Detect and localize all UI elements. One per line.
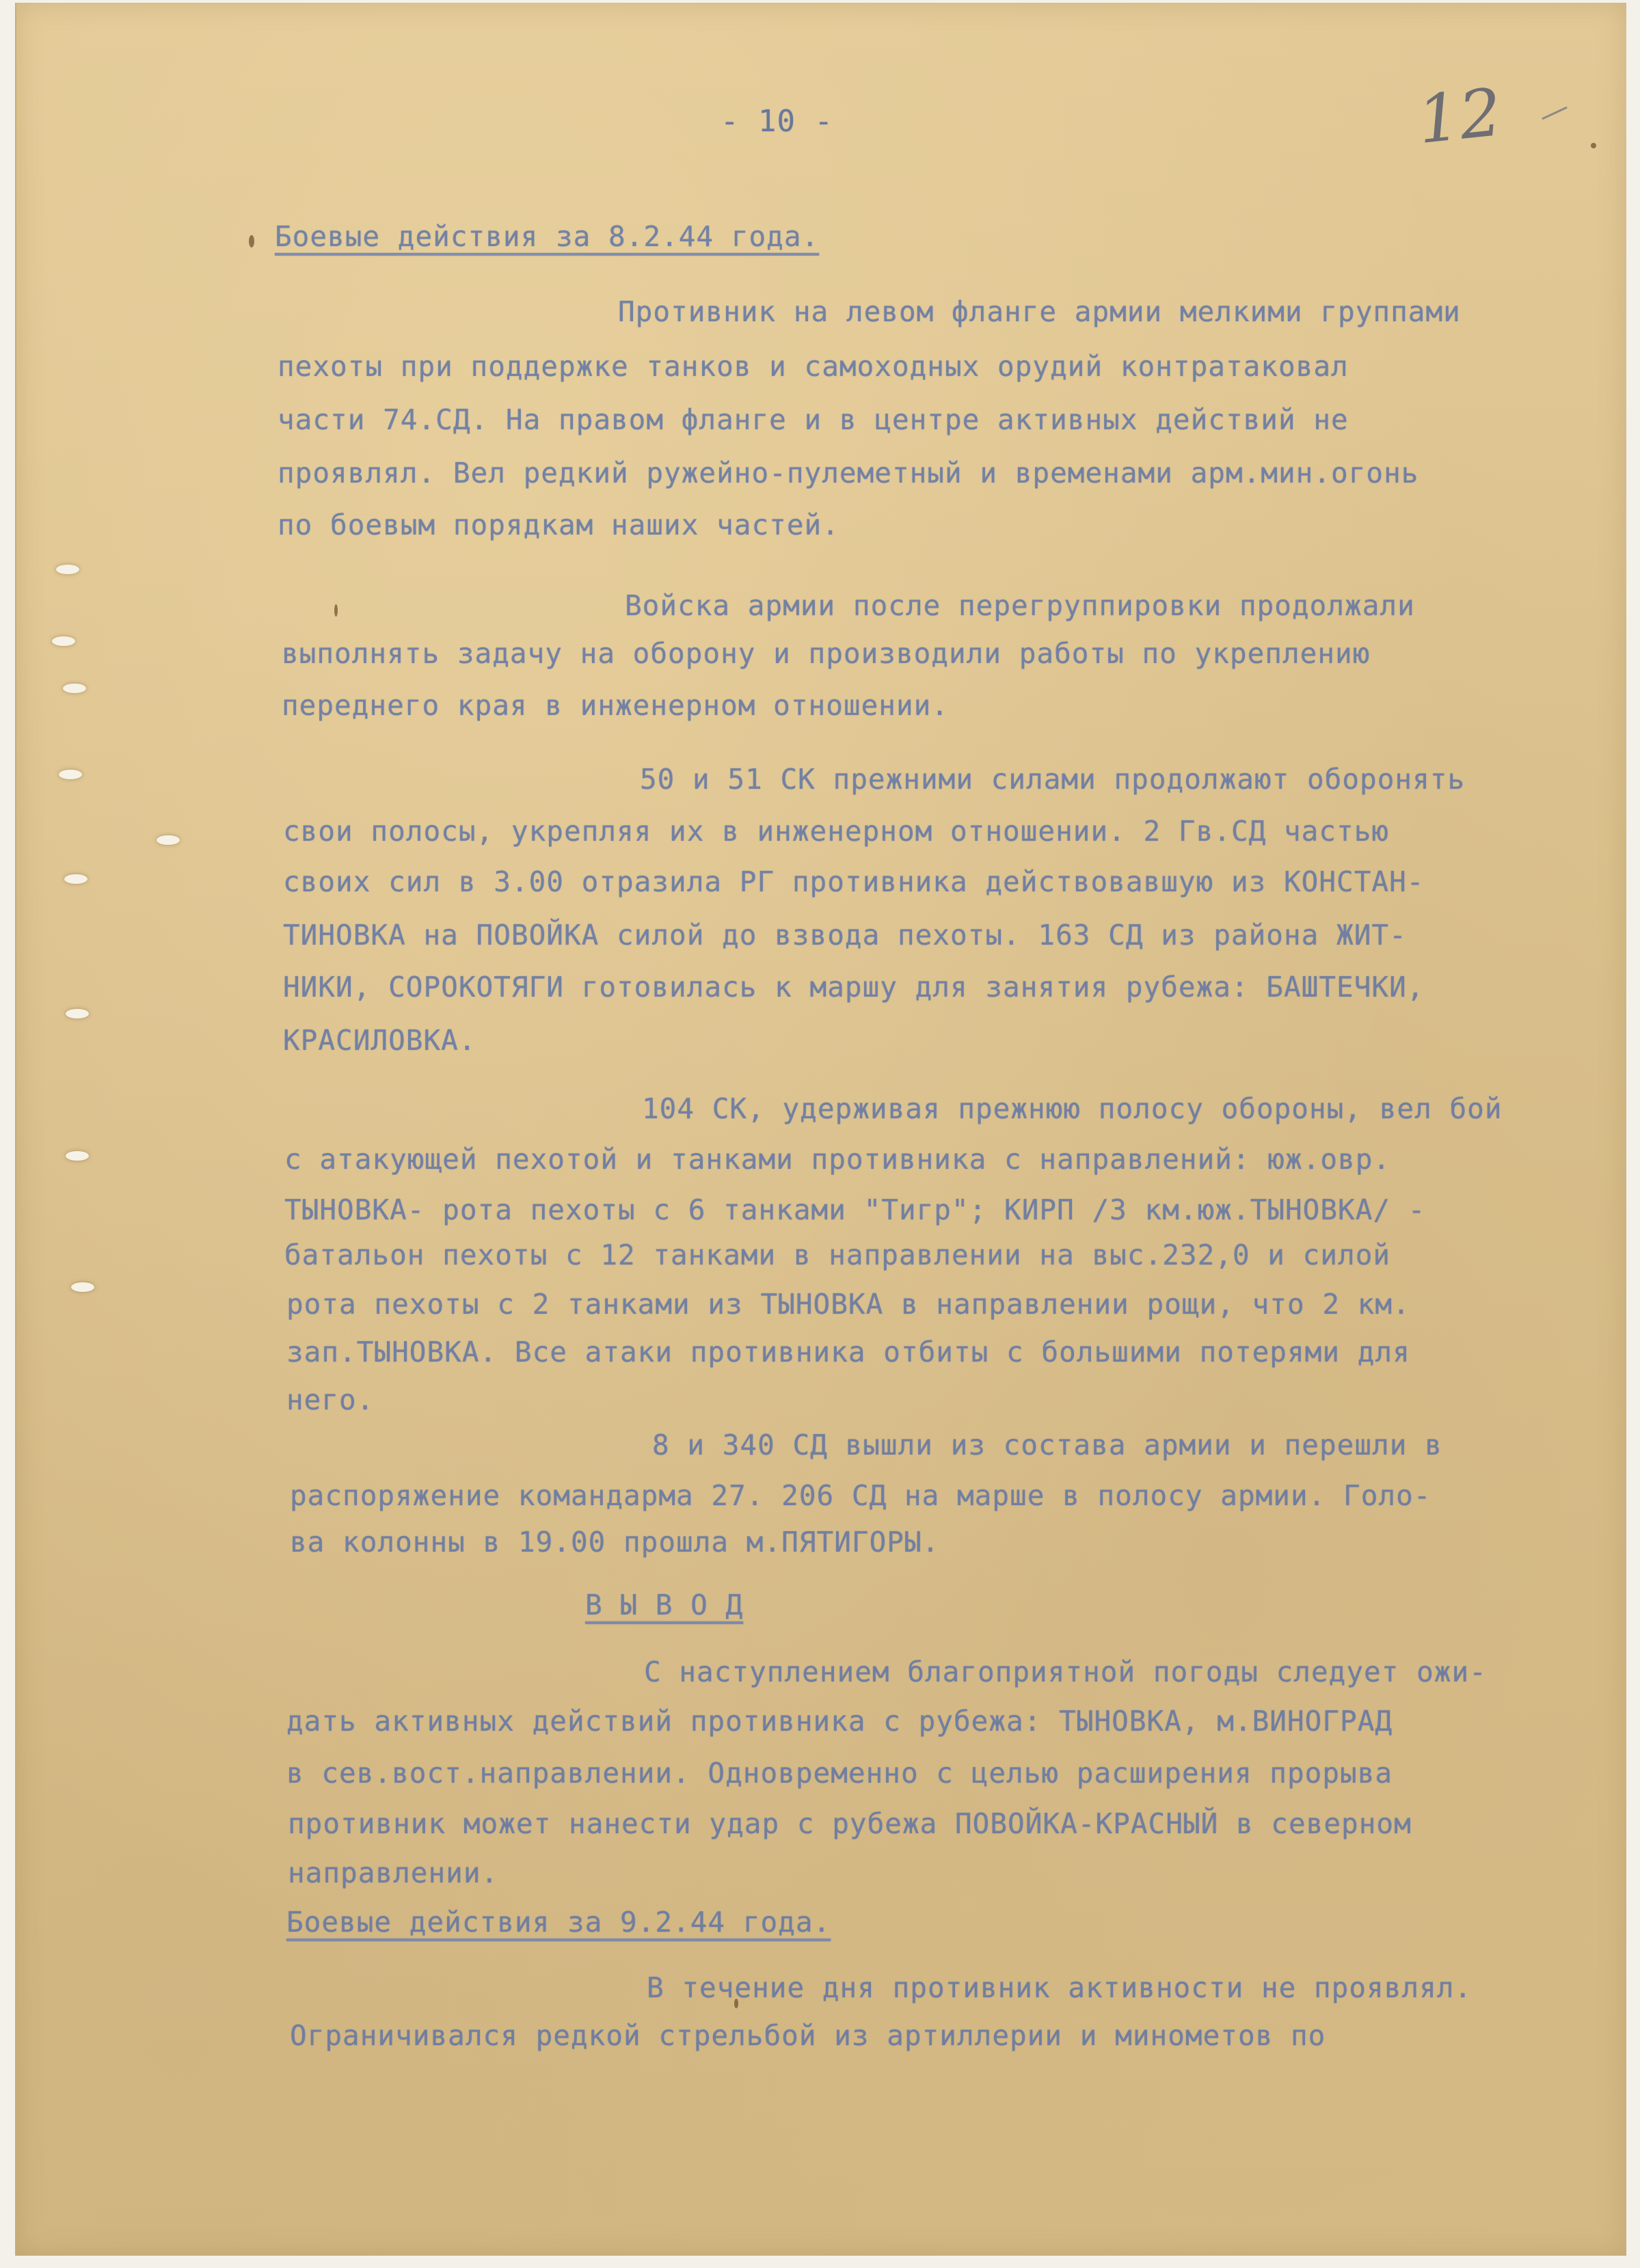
text-line: 8 и 340 СД вышли из состава армии и пере… — [652, 1429, 1442, 1461]
paper-speck — [249, 235, 254, 247]
punch-hole — [56, 565, 79, 574]
punch-hole — [66, 1009, 89, 1018]
punch-hole — [52, 636, 75, 646]
text-line: В течение дня противник активности не пр… — [647, 1971, 1472, 2004]
text-line: своих сил в 3.00 отразила РГ противника … — [283, 865, 1424, 898]
archival-document-page: - 10 - 12 Боевые действия за 8.2.44 года… — [15, 3, 1626, 2256]
text-line: пехоты при поддержке танков и самоходных… — [278, 350, 1349, 383]
text-line: ТЫНОВКА- рота пехоты с 6 танками "Тигр";… — [284, 1193, 1425, 1226]
text-line: 104 СК, удерживая прежнюю полосу обороны… — [642, 1092, 1503, 1125]
text-line: с атакующей пехотой и танками противника… — [284, 1143, 1390, 1176]
paper-speck — [1591, 143, 1596, 148]
folio-pencil-mark — [1542, 107, 1568, 120]
text-line: Ограничивался редкой стрельбой из артилл… — [290, 2019, 1326, 2052]
text-line: части 74.СД. На правом фланге и в центре… — [278, 403, 1349, 436]
text-line: НИКИ, СОРОКОТЯГИ готовилась к маршу для … — [283, 971, 1424, 1003]
text-line: зап.ТЫНОВКА. Все атаки противника отбиты… — [286, 1336, 1410, 1368]
text-line: С наступлением благоприятной погоды след… — [644, 1656, 1487, 1688]
text-line: направлении. — [288, 1857, 498, 1889]
text-line: по боевым порядкам наших частей. — [278, 509, 839, 541]
text-line: Противник на левом фланге армии мелкими … — [618, 295, 1461, 328]
text-line: проявлял. Вел редкий ружейно-пулеметный … — [278, 457, 1419, 489]
paper-speck — [334, 604, 338, 617]
text-line: 50 и 51 СК прежними силами продолжают об… — [640, 763, 1465, 796]
text-line: ва колонны в 19.00 прошла м.ПЯТИГОРЫ. — [290, 1526, 939, 1558]
punch-hole — [63, 684, 86, 693]
text-line: переднего края в инженерном отношении. — [282, 689, 949, 722]
punch-hole — [64, 874, 88, 884]
text-line: батальон пехоты с 12 танками в направлен… — [284, 1239, 1390, 1271]
punch-hole — [71, 1282, 94, 1292]
text-line: КРАСИЛОВКА. — [283, 1024, 476, 1057]
text-line: ТИНОВКА на ПОВОЙКА силой до взвода пехот… — [283, 919, 1407, 951]
section-heading-conclusion: В Ы В О Д — [585, 1589, 743, 1621]
punch-hole — [66, 1151, 89, 1161]
text-line: распоряжение командарма 27. 206 СД на ма… — [290, 1479, 1431, 1512]
text-line: него. — [286, 1383, 374, 1416]
text-line: Войска армии после перегруппировки продо… — [625, 589, 1415, 622]
handwritten-folio-number: 12 — [1414, 74, 1505, 159]
punch-hole — [59, 770, 82, 779]
punch-hole — [157, 835, 180, 845]
text-line: в сев.вост.направлении. Одновременно с ц… — [286, 1757, 1393, 1790]
text-line: выполнять задачу на оборону и производил… — [282, 637, 1370, 670]
text-line: свои полосы, укрепляя их в инженерном от… — [283, 815, 1389, 848]
page-number: - 10 - — [721, 104, 833, 139]
section-heading-9-2-44: Боевые действия за 9.2.44 года. — [286, 1906, 831, 1939]
text-line: дать активных действий противника с рубе… — [286, 1705, 1393, 1738]
section-heading-8-2-44: Боевые действия за 8.2.44 года. — [275, 220, 819, 253]
text-line: рота пехоты с 2 танками из ТЫНОВКА в нап… — [286, 1288, 1410, 1321]
text-line: противник может нанести удар с рубежа ПО… — [288, 1807, 1412, 1840]
